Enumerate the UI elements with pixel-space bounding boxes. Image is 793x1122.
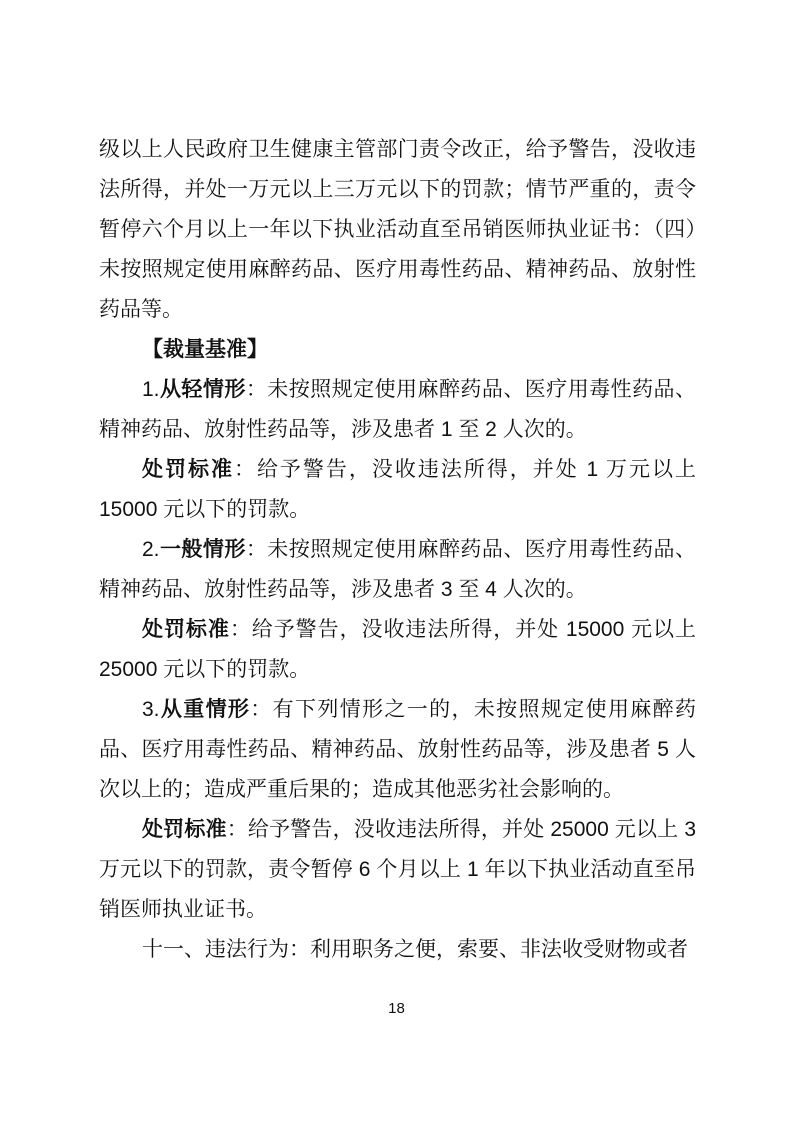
paragraph: 【裁量基准】 bbox=[99, 330, 696, 370]
paragraph-run-bold: 处罚标准 bbox=[142, 618, 230, 641]
paragraph: 十一、违法行为：利用职务之便，索要、非法收受财物或者 bbox=[99, 930, 696, 970]
paragraph-run: 2. bbox=[142, 538, 160, 561]
paragraph: 处罚标准：给予警告，没收违法所得，并处 1 万元以上 15000 元以下的罚款。 bbox=[99, 450, 696, 530]
paragraph-run-bold: 从轻情形 bbox=[160, 378, 246, 401]
paragraph-run: 3. bbox=[142, 698, 160, 721]
paragraph-run-bold: 处罚标准 bbox=[142, 818, 227, 841]
paragraph-run-bold: 一般情形 bbox=[160, 538, 246, 561]
paragraph-run: 十一、违法行为：利用职务之便，索要、非法收受财物或者 bbox=[142, 938, 688, 961]
document-page: 级以上人民政府卫生健康主管部门责令改正，给予警告，没收违法所得，并处一万元以上三… bbox=[0, 0, 793, 1122]
paragraph-run-bold: 处罚标准 bbox=[142, 458, 234, 481]
document-body: 级以上人民政府卫生健康主管部门责令改正，给予警告，没收违法所得，并处一万元以上三… bbox=[99, 130, 696, 970]
paragraph: 处罚标准：给予警告，没收违法所得，并处 15000 元以上 25000 元以下的… bbox=[99, 610, 696, 690]
paragraph-run: 1. bbox=[142, 378, 160, 401]
paragraph: 处罚标准：给予警告，没收违法所得，并处 25000 元以上 3 万元以下的罚款，… bbox=[99, 810, 696, 930]
paragraph-run: 级以上人民政府卫生健康主管部门责令改正，给予警告，没收违法所得，并处一万元以上三… bbox=[99, 138, 696, 321]
paragraph: 级以上人民政府卫生健康主管部门责令改正，给予警告，没收违法所得，并处一万元以上三… bbox=[99, 130, 696, 330]
page-number: 18 bbox=[0, 998, 793, 1020]
paragraph: 2.一般情形：未按照规定使用麻醉药品、医疗用毒性药品、精神药品、放射性药品等，涉… bbox=[99, 530, 696, 610]
paragraph-run-bold: 从重情形 bbox=[160, 698, 251, 721]
paragraph: 3.从重情形：有下列情形之一的，未按照规定使用麻醉药品、医疗用毒性药品、精神药品… bbox=[99, 690, 696, 810]
paragraph: 1.从轻情形：未按照规定使用麻醉药品、医疗用毒性药品、精神药品、放射性药品等，涉… bbox=[99, 370, 696, 450]
paragraph-run-bold: 【裁量基准】 bbox=[142, 338, 268, 361]
